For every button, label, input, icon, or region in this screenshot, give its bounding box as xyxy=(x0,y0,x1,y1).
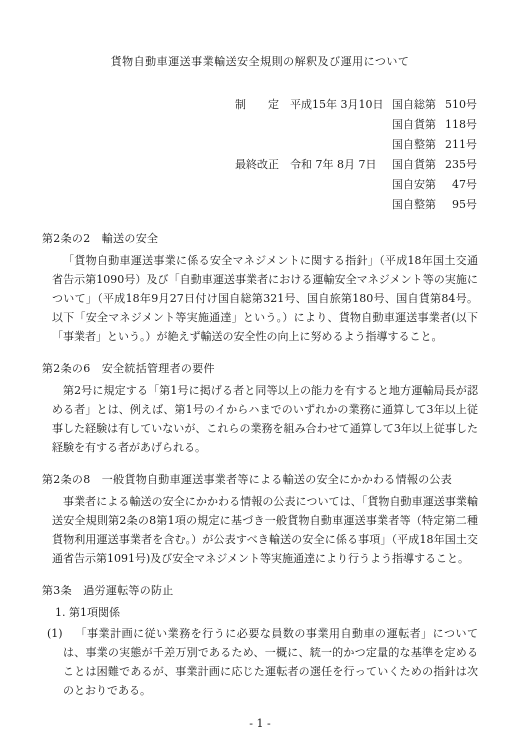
section-article3: 第3条 過労運転等の防止 1. 第1項関係 (1)「事業計画に従い業務を行うに必… xyxy=(42,581,478,700)
document-number-value: 211号 xyxy=(445,135,477,155)
numbered-item: (1)「事業計画に従い業務を行うに必要な員数の事業用自動車の運転者」については、… xyxy=(47,624,478,700)
document-body: 第2条の2 輸送の安全 「貨物自動車運送事業に係る安全マネジメントに関する指針」… xyxy=(42,229,478,700)
revision-left: 制 定平成15年 3月10日 xyxy=(235,95,392,115)
document-number-prefix: 国自整第 xyxy=(392,195,436,215)
document-number-prefix: 国自貨第 xyxy=(392,155,436,175)
section-heading: 第2条の8 一般貨物自動車運送事業者等による輸送の安全にかかわる情報の公表 xyxy=(42,470,478,489)
document-number: 国自安第47号 xyxy=(392,175,477,195)
item-marker: (1) xyxy=(47,624,69,643)
document-page: 貨物自動車運送事業輸送安全規則の解釈及び運用について 制 定平成15年 3月10… xyxy=(0,0,520,748)
document-number-value: 235号 xyxy=(445,155,477,175)
document-number-prefix: 国自安第 xyxy=(392,175,436,195)
section-heading: 第2条の2 輸送の安全 xyxy=(42,229,478,248)
page-number: - 1 - xyxy=(0,717,520,731)
revision-history-row: 国自貨第118号 xyxy=(235,115,478,135)
revision-left: 最終改正令和 7年 8月 7日 xyxy=(235,155,392,175)
revision-left xyxy=(235,135,392,155)
section-paragraph: 「貨物自動車運送事業に係る安全マネジメントに関する指針」（平成18年国土交通省告… xyxy=(52,251,478,346)
section-paragraph: 事業者による輸送の安全にかかわる情報の公表については、「貨物自動車運送事業輸送安… xyxy=(52,492,478,568)
document-number-prefix: 国自貨第 xyxy=(392,115,436,135)
section-heading: 第3条 過労運転等の防止 xyxy=(42,581,478,600)
document-number-value: 95号 xyxy=(452,195,477,215)
revision-label: 制 定 xyxy=(235,95,279,115)
sub-heading: 1. 第1項関係 xyxy=(55,603,478,622)
section-heading: 第2条の6 安全統括管理者の要件 xyxy=(42,359,478,378)
document-number: 国自貨第118号 xyxy=(392,115,477,135)
revision-date: 令和 7年 8月 7日 xyxy=(290,158,377,171)
document-number-value: 47号 xyxy=(452,175,477,195)
revision-history-row: 最終改正令和 7年 8月 7日 国自貨第235号 xyxy=(235,155,478,175)
document-number-prefix: 国自整第 xyxy=(392,135,436,155)
revision-date: 平成15年 3月10日 xyxy=(290,98,384,111)
revision-label: 最終改正 xyxy=(235,155,279,175)
section-paragraph: 第2号に規定する「第1号に掲げる者と同等以上の能力を有すると地方運輸局長が認める… xyxy=(52,381,478,457)
document-number: 国自総第510号 xyxy=(392,95,477,115)
revision-history-row: 国自安第47号 xyxy=(235,175,478,195)
section-article2-8: 第2条の8 一般貨物自動車運送事業者等による輸送の安全にかかわる情報の公表 事業… xyxy=(42,470,478,568)
document-title: 貨物自動車運送事業輸送安全規則の解釈及び運用について xyxy=(42,0,478,69)
revision-left xyxy=(235,175,392,195)
document-number-value: 510号 xyxy=(445,95,477,115)
document-number: 国自貨第235号 xyxy=(392,155,477,175)
section-article2-2: 第2条の2 輸送の安全 「貨物自動車運送事業に係る安全マネジメントに関する指針」… xyxy=(42,229,478,346)
revision-history: 制 定平成15年 3月10日 国自総第510号 国自貨第118号 国自整第211… xyxy=(235,95,478,215)
revision-history-row: 国自整第211号 xyxy=(235,135,478,155)
revision-history-row: 制 定平成15年 3月10日 国自総第510号 xyxy=(235,95,478,115)
revision-left xyxy=(235,195,392,215)
section-article2-6: 第2条の6 安全統括管理者の要件 第2号に規定する「第1号に掲げる者と同等以上の… xyxy=(42,359,478,457)
revision-history-row: 国自整第95号 xyxy=(235,195,478,215)
document-number: 国自整第211号 xyxy=(392,135,477,155)
document-number-value: 118号 xyxy=(445,115,477,135)
item-text: 「事業計画に従い業務を行うに必要な員数の事業用自動車の運転者」については、事業の… xyxy=(63,627,478,697)
revision-left xyxy=(235,115,392,135)
document-number-prefix: 国自総第 xyxy=(392,95,436,115)
document-number: 国自整第95号 xyxy=(392,195,477,215)
